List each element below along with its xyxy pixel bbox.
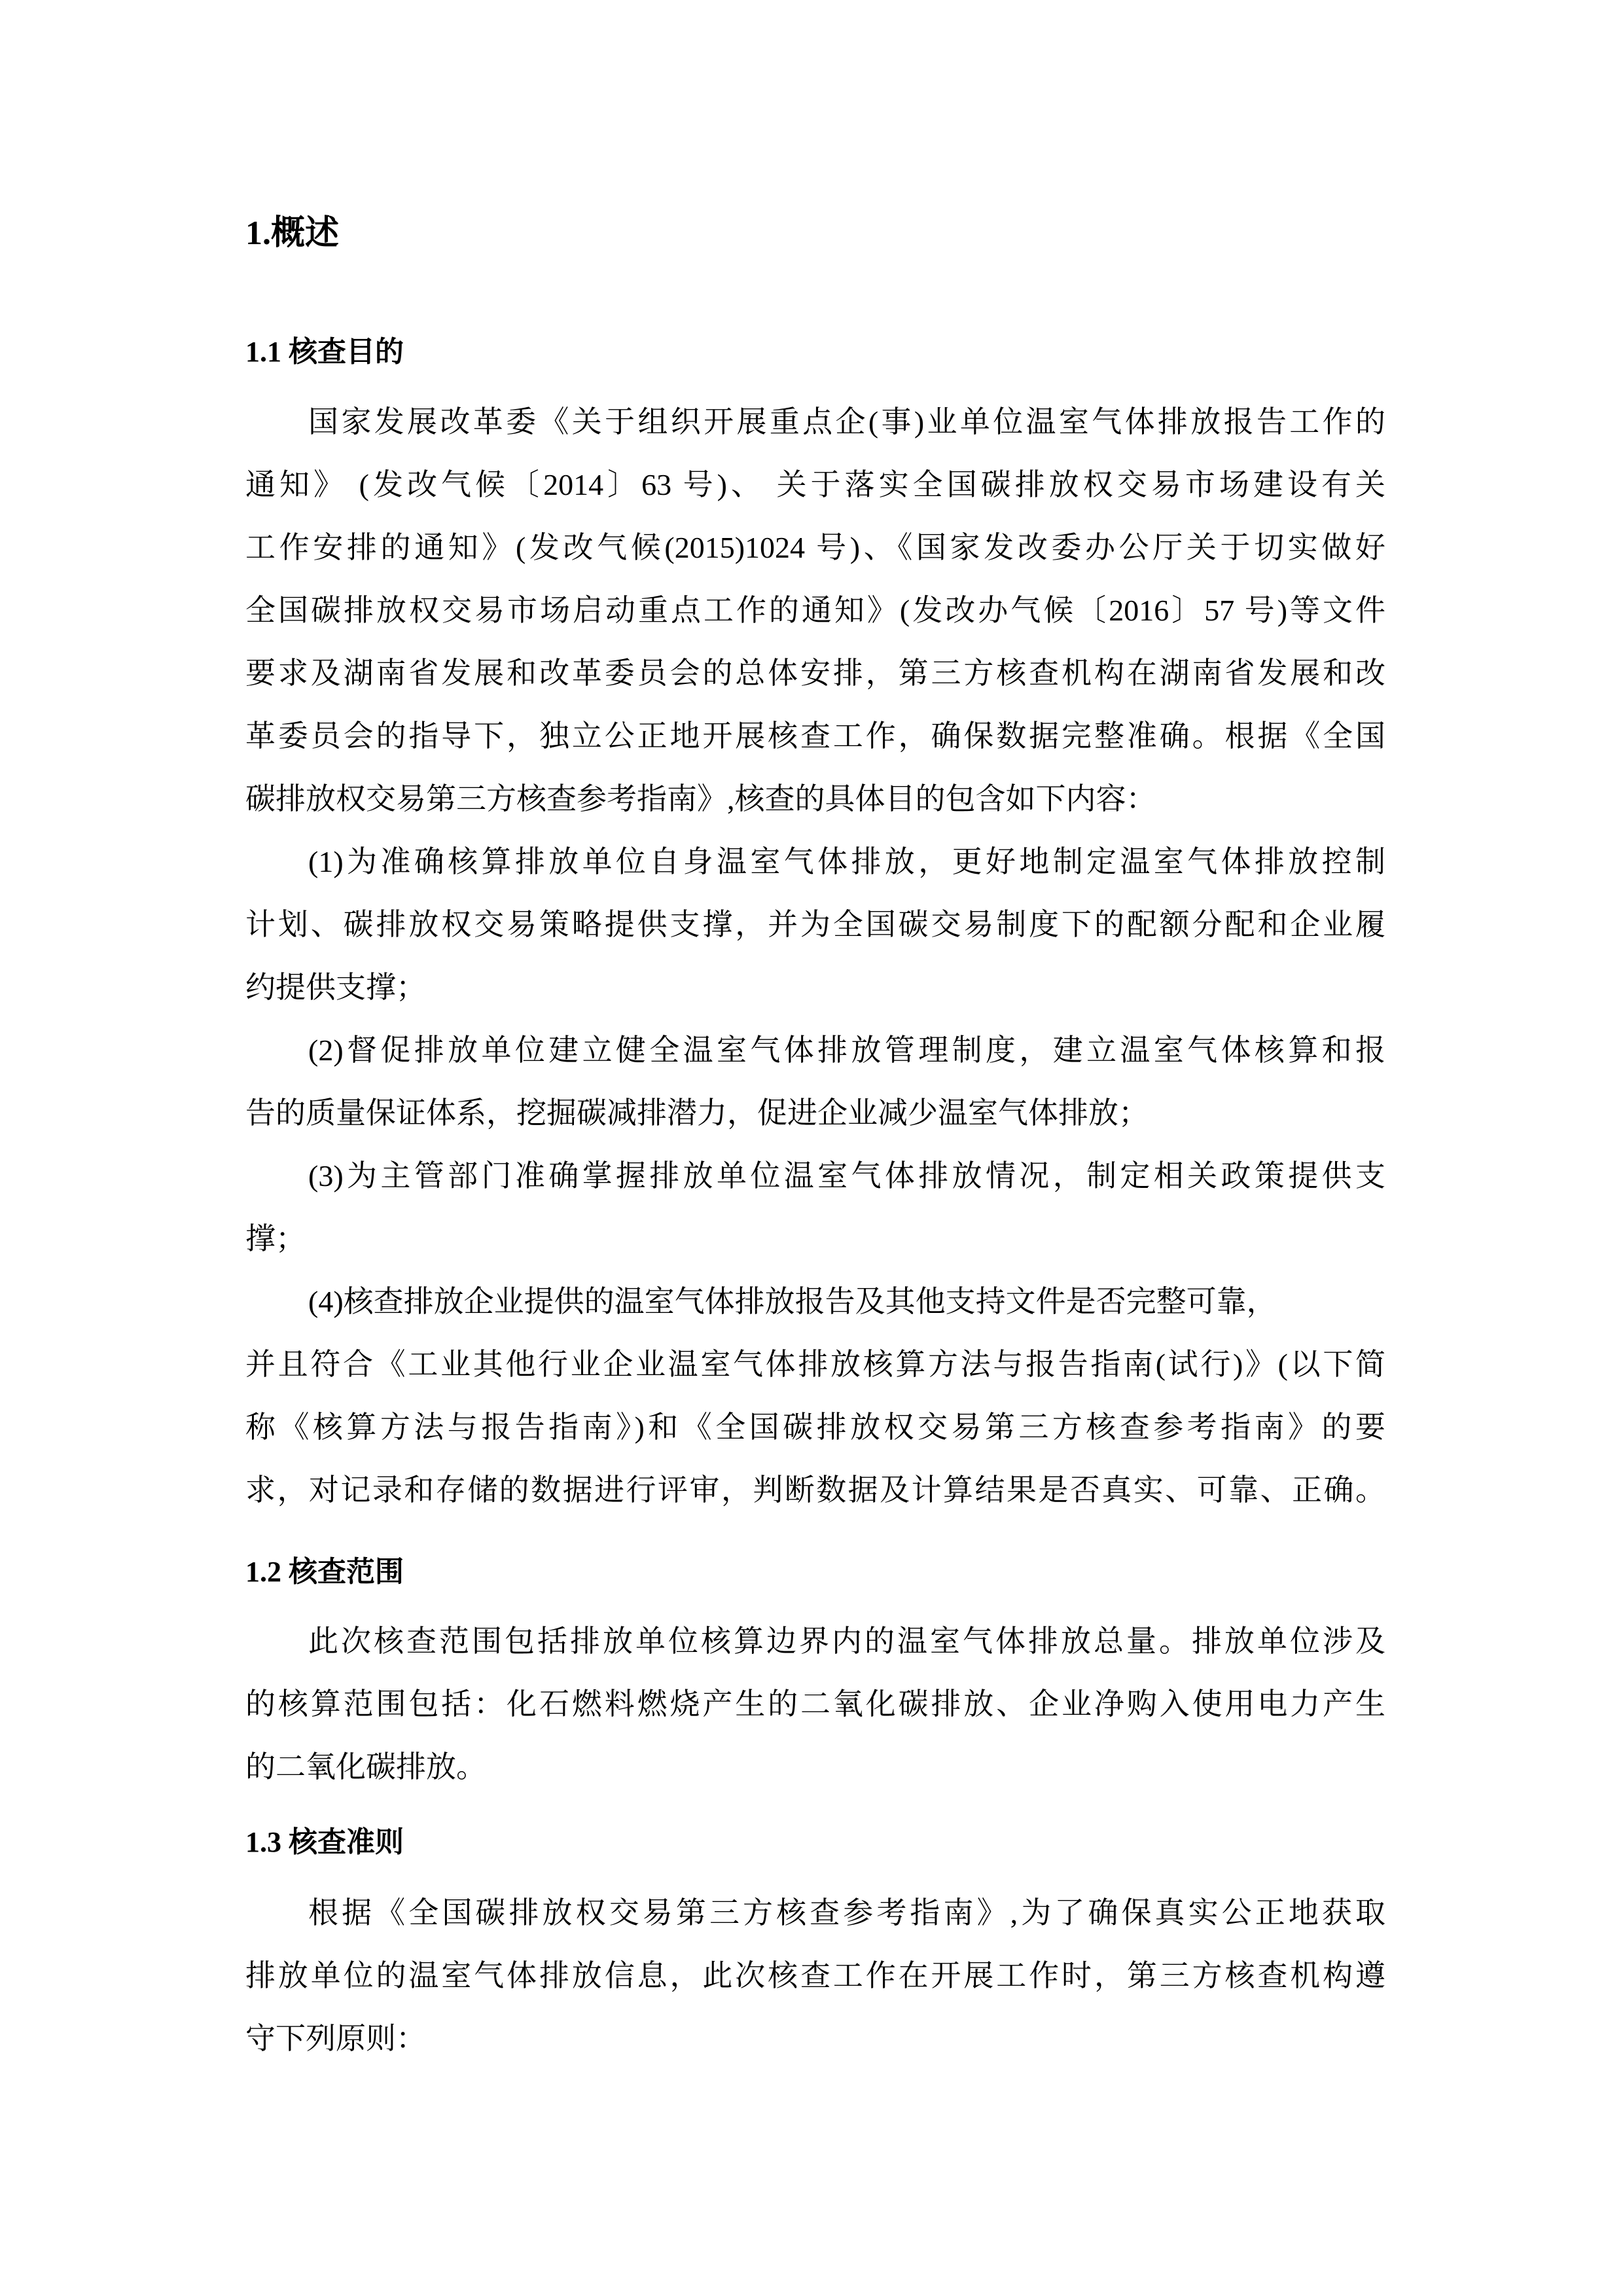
text-line: (2)督促排放单位建立健全温室气体排放管理制度，建立温室气体核算和报: [245, 1019, 1385, 1082]
text-line: 根据《全国碳排放权交易第三方核查参考指南》,为了确保真实公正地获取: [245, 1882, 1385, 1945]
text-line: 革委员会的指导下，独立公正地开展核查工作，确保数据完整准确。根据《全国: [245, 705, 1385, 768]
text-line: 通知》 (发改气候〔2014〕63 号)、 关于落实全国碳排放权交易市场建设有关: [245, 454, 1385, 516]
text-line: 计划、碳排放权交易策略提供支撑，并为全国碳交易制度下的配额分配和企业履: [245, 893, 1385, 956]
text-line: 的核算范围包括：化石燃料燃烧产生的二氧化碳排放、企业净购入使用电力产生: [245, 1673, 1385, 1736]
paragraph-scope: 此次核查范围包括排放单位核算边界内的温室气体排放总量。排放单位涉及 的核算范围包…: [245, 1610, 1385, 1799]
paragraph-purpose-item-1: (1)为准确核算排放单位自身温室气体排放，更好地制定温室气体排放控制 计划、碳排…: [245, 831, 1385, 1019]
section-heading-scope: 1.2 核查范围: [245, 1552, 404, 1592]
text-line: 守下列原则：: [245, 2007, 1385, 2070]
section-heading-criteria: 1.3 核查准则: [245, 1823, 404, 1862]
paragraph-purpose-intro: 国家发展改革委《关于组织开展重点企(事)业单位温室气体排放报告工作的 通知》 (…: [245, 391, 1385, 831]
text-line: 全国碳排放权交易市场启动重点工作的通知》(发改办气候〔2016〕57 号)等文件: [245, 579, 1385, 642]
text-line: (4)核查排放企业提供的温室气体排放报告及其他支持文件是否完整可靠，: [245, 1270, 1385, 1333]
text-line: (1)为准确核算排放单位自身温室气体排放，更好地制定温室气体排放控制: [245, 831, 1385, 893]
text-line: 工作安排的通知》(发改气候(2015)1024 号)、《国家发改委办公厅关于切实…: [245, 516, 1385, 579]
text-line: 国家发展改革委《关于组织开展重点企(事)业单位温室气体排放报告工作的: [245, 391, 1385, 454]
text-line: 撑；: [245, 1208, 1385, 1270]
paragraph-purpose-item-4: (4)核查排放企业提供的温室气体排放报告及其他支持文件是否完整可靠， 并且符合《…: [245, 1270, 1385, 1522]
text-line: 的二氧化碳排放。: [245, 1736, 1385, 1799]
text-line: (3)为主管部门准确掌握排放单位温室气体排放情况，制定相关政策提供支: [245, 1145, 1385, 1208]
text-line: 并且符合《工业其他行业企业温室气体排放核算方法与报告指南(试行)》(以下简: [245, 1333, 1385, 1396]
text-line: 称《核算方法与报告指南》)和《全国碳排放权交易第三方核查参考指南》的要: [245, 1396, 1385, 1459]
text-line: 求，对记录和存储的数据进行评审，判断数据及计算结果是否真实、可靠、正确。: [245, 1459, 1385, 1522]
chapter-heading-overview: 1.概述: [245, 211, 339, 257]
section-heading-purpose: 1.1 核查目的: [245, 332, 404, 372]
text-line: 要求及湖南省发展和改革委员会的总体安排，第三方核查机构在湖南省发展和改: [245, 642, 1385, 705]
paragraph-criteria: 根据《全国碳排放权交易第三方核查参考指南》,为了确保真实公正地获取 排放单位的温…: [245, 1882, 1385, 2070]
paragraph-purpose-item-3: (3)为主管部门准确掌握排放单位温室气体排放情况，制定相关政策提供支 撑；: [245, 1145, 1385, 1270]
text-line: 碳排放权交易第三方核查参考指南》,核查的具体目的包含如下内容：: [245, 768, 1385, 831]
text-line: 约提供支撑；: [245, 956, 1385, 1019]
paragraph-purpose-item-2: (2)督促排放单位建立健全温室气体排放管理制度，建立温室气体核算和报 告的质量保…: [245, 1019, 1385, 1145]
text-line: 排放单位的温室气体排放信息，此次核查工作在开展工作时，第三方核查机构遵: [245, 1945, 1385, 2007]
text-line: 此次核查范围包括排放单位核算边界内的温室气体排放总量。排放单位涉及: [245, 1610, 1385, 1673]
text-line: 告的质量保证体系，挖掘碳减排潜力，促进企业减少温室气体排放；: [245, 1082, 1385, 1145]
